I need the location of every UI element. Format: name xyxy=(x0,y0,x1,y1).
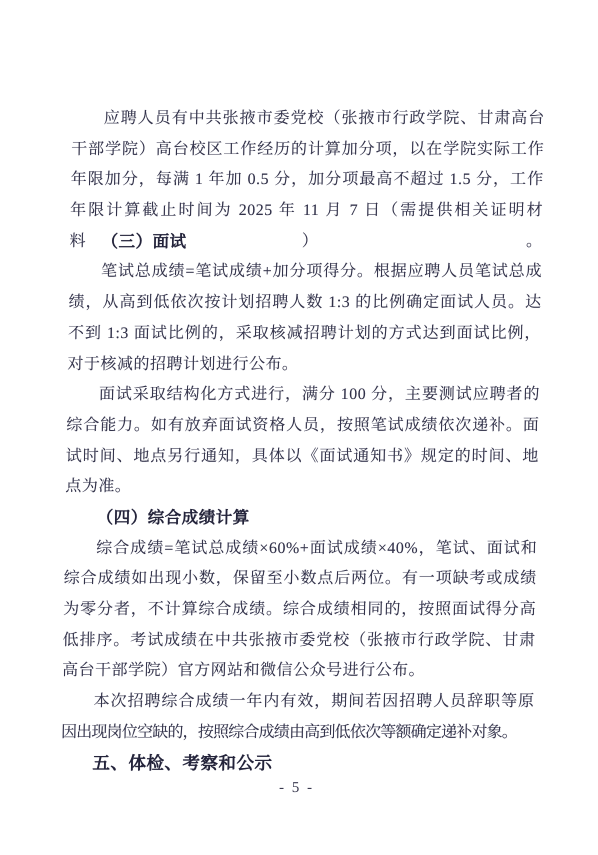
heading-composite-score: （四）综合成绩计算 xyxy=(65,503,539,534)
text-line: 综合成绩如出现小数，保留至小数点后两位。有一项缺考或成绩 xyxy=(63,564,537,595)
text-line: 试时间、地点另行通知，具体以《面试通知书》规定的时间、地 xyxy=(66,442,540,473)
text-line: 笔试总成绩=笔试成绩+加分项得分。根据应聘人员笔试总成 xyxy=(69,257,543,288)
text-line: 面试采取结构化方式进行，满分 100 分，主要测试应聘者的 xyxy=(67,380,541,411)
text-line: 低排序。考试成绩在中共张掖市委党校（张掖市行政学院、甘肃 xyxy=(62,626,536,657)
text-line: 年限加分，每满 1 年加 0.5 分，加分项最高不超过 1.5 分，工作 xyxy=(70,165,544,196)
text-line: 为零分者，不计算综合成绩。综合成绩相同的，按照面试得分高 xyxy=(63,595,537,626)
document-text-block: 应聘人员有中共张掖市委党校（张掖市行政学院、甘肃高台 干部学院）高台校区工作经历… xyxy=(60,104,545,804)
text-line: 干部学院）高台校区工作经历的计算加分项，以在学院实际工作 xyxy=(71,135,545,166)
document-page: 应聘人员有中共张掖市委党校（张掖市行政学院、甘肃高台 干部学院）高台校区工作经历… xyxy=(0,0,598,855)
text-line: 不到 1:3 面试比例的，采取核减招聘计划的方式达到面试比例， xyxy=(68,319,542,350)
text-line: 高台干部学院）官方网站和微信公众号进行公布。 xyxy=(62,656,536,687)
text-line: 因出现岗位空缺的，按照综合成绩由高到低依次等额确定递补对象。 xyxy=(61,718,535,749)
text-line: 对于核减的招聘计划进行公布。 xyxy=(67,350,541,381)
text-line: 点为准。 xyxy=(65,472,539,503)
text-line: 绩，从高到低依次按计划招聘人数 1:3 的比例确定面试人员。达 xyxy=(68,288,542,319)
text-line: 年限计算截止时间为 2025 年 11 月 7 日（需提供相关证明材料）。 xyxy=(70,196,544,227)
text-line: 应聘人员有中共张掖市委党校（张掖市行政学院、甘肃高台 xyxy=(71,104,545,135)
text-line: 本次招聘综合成绩一年内有效，期间若因招聘人员辞职等原 xyxy=(61,687,535,718)
text-line: 综合能力。如有放弃面试资格人员，按照笔试成绩依次递补。面 xyxy=(66,411,540,442)
text-line: 综合成绩=笔试总成绩×60%+面试成绩×40%，笔试、面试和 xyxy=(64,534,538,565)
